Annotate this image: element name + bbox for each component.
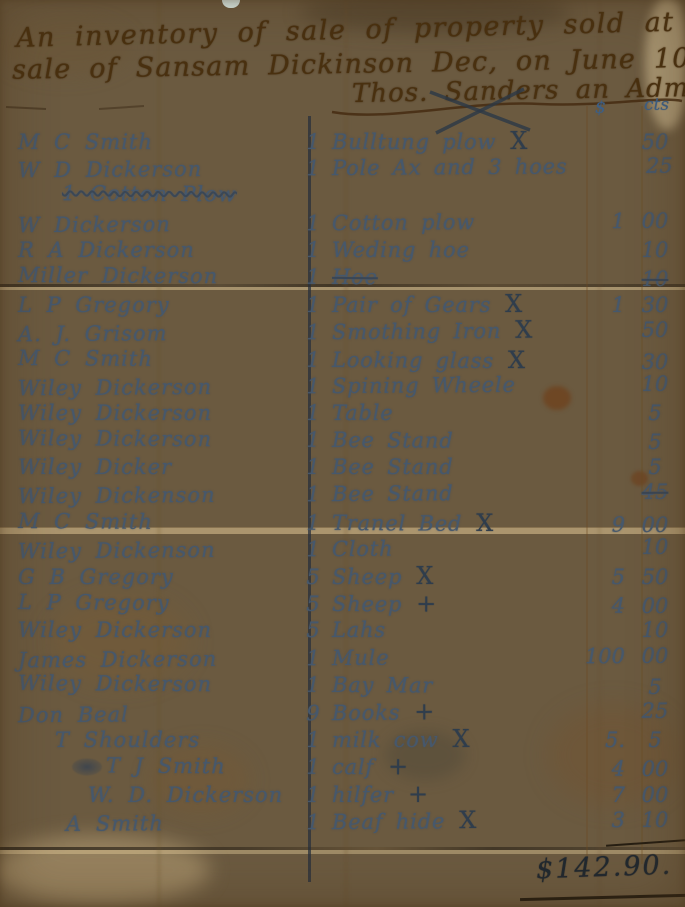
buyer-name-text: Don Beal (18, 702, 129, 727)
sold-mark: + (388, 754, 409, 780)
amount-dollars: 7 (577, 782, 625, 808)
margin-dash-marks (4, 98, 154, 114)
ledger-row: W. D. Dickerson 1 hilfer+ 7 00 (0, 781, 685, 808)
item-cell: Weding hoe (326, 237, 577, 263)
quantity: 1 (300, 292, 326, 318)
item-desc: Cotton plow (332, 210, 475, 235)
item-cell: Sheep+ (326, 590, 577, 619)
quantity: 5 (300, 591, 326, 617)
buyer-name: Don Beal (0, 700, 300, 728)
ledger-row: A Smith 1 Beaf hideX 3 10 (0, 805, 685, 837)
item-cell: Beaf hideX (326, 806, 577, 835)
buyer-name: Wiley Dickerson (0, 617, 300, 643)
ledger-row: W Dickerson 1 Cotton plow 1 00 (0, 207, 685, 239)
ledger-row: James Dickerson 1 Mule 100 00 (0, 642, 685, 674)
amount-cents: 5 (625, 727, 685, 753)
item-desc: Hoe (332, 265, 378, 289)
buyer-name: M C Smith (0, 129, 300, 155)
buyer-name-text: L P Gregory (18, 590, 170, 615)
amount-cents: 00 (625, 593, 685, 619)
buyer-name: Wiley Dickenson (0, 482, 300, 510)
amount-dollars: 4 (577, 593, 625, 619)
quantity: 1 (300, 400, 326, 426)
sold-mark: X (476, 509, 494, 535)
quantity: 1 (300, 509, 326, 535)
quantity: 1 (300, 129, 326, 155)
item-cell: SheepX (326, 563, 577, 590)
amount-dollars: 3 (577, 807, 625, 833)
sold-mark: X (505, 291, 523, 317)
buyer-name: Wiley Dickerson (0, 400, 300, 426)
buyer-name-text: Wiley Dickerson (18, 375, 212, 400)
ledger-row: Wiley Dickerson 1 Bay Mar 5 (0, 670, 685, 701)
buyer-name-text: Wiley Dickerson (18, 618, 212, 642)
quantity: 1 (300, 482, 326, 508)
sold-mark: X (510, 128, 528, 154)
buyer-name-text: Wiley Dickerson (18, 671, 212, 696)
buyer-name-text: T Shoulders (55, 728, 200, 752)
ledger-row: Wiley Dicker 1 Bee Stand 5 (0, 454, 685, 481)
sold-mark: X (416, 563, 434, 589)
amount-cents: 10 (625, 370, 685, 396)
buyer-name-text: W Dickerson (18, 212, 171, 237)
buyer-name-text: M C Smith (18, 346, 153, 371)
item-desc: Tranel Bed (332, 511, 462, 536)
ledger-row: L P Gregory 5 Sheep+ 4 00 (0, 588, 685, 619)
buyer-name-text: A Smith (66, 811, 164, 836)
cents-column-symbol: cts (644, 95, 669, 115)
ledger-row: R A Dickerson 1 Weding hoe 10 (0, 237, 685, 264)
quantity: 5 (300, 564, 326, 590)
amount-cents: 50 (625, 129, 685, 155)
buyer-name: T J Smith (0, 752, 300, 780)
buyer-name: L P Gregory (0, 589, 300, 617)
ledger-row: 1 Cotton Plow (0, 180, 685, 211)
item-desc: calf (332, 755, 374, 779)
item-cell (326, 182, 577, 210)
item-cell: Bee Stand (326, 427, 577, 455)
ledger-row: Wiley Dickerson 1 Spining Wheele 10 (0, 370, 685, 402)
buyer-name-text: Wiley Dickenson (18, 483, 216, 508)
ledger-row: M C Smith 1 Bulltung plowX 50 (0, 128, 685, 155)
amount-cents: 5 (625, 454, 685, 480)
item-desc: Pair of Gears (332, 293, 491, 317)
buyer-name-text: 1 Cotton Plow (62, 182, 237, 207)
quantity: 1 (300, 754, 326, 780)
buyer-name: T Shoulders (0, 727, 300, 753)
amount-cents: 10 (625, 806, 685, 832)
item-desc: Books (332, 701, 400, 725)
item-cell: Lahs (326, 617, 577, 643)
quantity: 1 (300, 427, 326, 453)
amount-cents: 10 (625, 533, 685, 559)
ledger-row: L P Gregory 1 Pair of GearsX 1 30 (0, 291, 685, 318)
buyer-name-text: Wiley Dickerson (18, 426, 212, 451)
buyer-name: L P Gregory (0, 292, 300, 318)
quantity: 1 (300, 210, 326, 236)
amount-cents: 00 (625, 642, 685, 668)
buyer-name: Wiley Dicker (0, 454, 300, 480)
buyer-name-text: W. D. Dickerson (88, 783, 283, 807)
item-desc: Bee Stand (332, 428, 454, 453)
item-desc: Sheep (332, 565, 402, 589)
dollars-column-symbol: $ (595, 98, 606, 118)
item-desc: Bee Stand (332, 482, 454, 507)
amount-cents: 30 (625, 292, 685, 318)
amount-dollars: 5 (577, 564, 625, 590)
sold-mark: X (508, 347, 526, 373)
ledger-row: G B Gregory 5 SheepX 5 50 (0, 563, 685, 590)
amount-cents: 5 (625, 400, 685, 426)
buyer-name-text: T J Smith (106, 754, 226, 779)
amount-cents: 10 (625, 237, 685, 263)
item-cell: Cloth (326, 534, 577, 562)
item-desc: Smothing Iron (332, 319, 501, 344)
item-cell: Hoe (326, 264, 577, 292)
stain (0, 835, 210, 905)
ledger-row: T Shoulders 1 milk cowX 5. 5 (0, 726, 685, 753)
total-underline (520, 894, 685, 901)
item-cell: Bee Stand (326, 480, 577, 508)
buyer-name-text: Wiley Dickenson (18, 538, 216, 563)
buyer-name: W. D. Dickerson (0, 782, 300, 808)
item-cell: Cotton plow (326, 208, 577, 236)
buyer-name: Wiley Dickenson (0, 536, 300, 564)
quantity: 1 (300, 671, 326, 697)
item-desc: Table (332, 401, 393, 425)
buyer-name: A Smith (0, 809, 300, 837)
amount-cents: 50 (625, 317, 685, 343)
item-desc: Bee Stand (332, 455, 453, 479)
amount-cents: 50 (625, 564, 685, 590)
buyer-name-text: Wiley Dickerson (18, 401, 212, 425)
total-top-line (606, 839, 685, 847)
buyer-name: W Dickerson (0, 210, 300, 238)
horizontal-fold-crease (0, 847, 685, 850)
quantity: 1 (300, 346, 326, 372)
ink-blot (72, 759, 102, 776)
scanned-document-page: An inventory of sale of property sold at… (0, 0, 685, 907)
item-cell: Looking glassX (326, 345, 577, 374)
quantity: 1 (300, 809, 326, 835)
item-desc: Beaf hide (332, 809, 445, 834)
item-cell: hilfer+ (326, 781, 577, 808)
item-cell: Table (326, 400, 577, 426)
buyer-name: Miller Dickerson (0, 262, 300, 290)
amount-dollars: 1 (577, 292, 625, 318)
quantity: 1 (300, 782, 326, 808)
quantity: 1 (300, 373, 326, 399)
amount-dollars: 1 (577, 208, 625, 234)
item-desc: Sheep (332, 592, 402, 616)
amount-cents: 25 (625, 698, 685, 724)
buyer-name: Wiley Dickerson (0, 373, 300, 401)
amount-cents: 10 (625, 617, 685, 643)
quantity: 1 (300, 155, 326, 181)
item-cell: Spining Wheele (326, 371, 577, 399)
sold-mark: + (416, 591, 437, 617)
amount-cents: 25 (629, 153, 685, 179)
item-cell: Bee Stand (326, 454, 577, 480)
amount-cents: 00 (625, 782, 685, 808)
buyer-name: M C Smith (0, 508, 300, 536)
ledger-row: Wiley Dickenson 1 Cloth 10 (0, 533, 685, 565)
item-desc: Spining Wheele (332, 372, 516, 397)
amount-cents: 45 (625, 479, 685, 505)
buyer-name-text: Miller Dickerson (18, 263, 218, 288)
sold-mark: X (453, 726, 471, 752)
item-cell: Bulltung plowX (326, 128, 577, 155)
buyer-name: Wiley Dickerson (0, 670, 300, 698)
quantity: 9 (300, 700, 326, 726)
ledger-row: M C Smith 1 Looking glassX 30 (0, 343, 685, 374)
amount-cents: 00 (625, 207, 685, 233)
item-cell: milk cowX (326, 726, 577, 753)
quantity: 1 (300, 237, 326, 263)
amount-cents: 10 (625, 266, 685, 292)
item-cell: Books+ (326, 697, 577, 726)
ledger-row: M C Smith 1 Tranel BedX 9 00 (0, 507, 685, 538)
item-desc: Weding hoe (332, 238, 470, 262)
buyer-name: James Dickerson (0, 645, 300, 673)
ledger-row: Miller Dickerson 1 Hoe 10 (0, 262, 685, 293)
item-cell: Bay Mar (326, 672, 577, 700)
quantity: 1 (300, 454, 326, 480)
ledger-row: Wiley Dickerson 5 Lahs 10 (0, 617, 685, 644)
item-cell: calf+ (326, 753, 577, 782)
ledger-row: T J Smith 1 calf+ 4 00 (0, 751, 685, 782)
buyer-name-text: Wiley Dicker (18, 455, 172, 479)
buyer-name: 1 Cotton Plow (0, 180, 300, 208)
ledger-row: Wiley Dickerson 1 Bee Stand 5 (0, 425, 685, 456)
quantity: 5 (300, 617, 326, 643)
buyer-name: R A Dickerson (0, 237, 300, 263)
amount-cents: 5 (625, 429, 685, 455)
sold-mark: + (408, 781, 429, 807)
item-desc: Bulltung plow (332, 130, 496, 154)
item-cell: Pole Ax and 3 hoes (326, 154, 582, 182)
ledger-row: Wiley Dickerson 1 Table 5 (0, 400, 685, 427)
sold-mark: + (414, 698, 435, 724)
buyer-name-text: M C Smith (18, 509, 153, 534)
item-desc: Mule (332, 645, 390, 669)
buyer-name-text: G B Gregory (18, 565, 174, 589)
item-cell: Pair of GearsX (326, 291, 577, 318)
item-desc: Looking glass (332, 347, 494, 372)
amount-dollars: 100 (577, 643, 625, 669)
amount-cents: 00 (625, 756, 685, 782)
quantity: 1 (300, 645, 326, 671)
item-desc: Cloth (332, 536, 394, 560)
buyer-name: M C Smith (0, 344, 300, 372)
amount-dollars: 5. (577, 727, 625, 753)
ledger-row: Don Beal 9 Books+ 25 (0, 697, 685, 729)
buyer-name-text: R A Dickerson (18, 238, 195, 262)
quantity: 1 (300, 264, 326, 290)
item-cell: Mule (326, 643, 577, 671)
total-amount: $142.90. (536, 850, 673, 886)
ledger-rows: M C Smith 1 Bulltung plowX 50 W D Dicker… (0, 128, 685, 835)
buyer-name-text: James Dickerson (18, 646, 217, 671)
buyer-name-text: M C Smith (18, 130, 153, 154)
ledger-row: A. J. Grisom 1 Smothing IronX 50 (0, 316, 685, 348)
quantity: 1 (300, 536, 326, 562)
item-desc: Bay Mar (332, 673, 433, 698)
quantity: 1 (300, 319, 326, 345)
item-desc: Lahs (332, 618, 386, 642)
buyer-name-text: A. J. Grisom (18, 322, 168, 347)
buyer-name-text: L P Gregory (18, 293, 170, 317)
sold-mark: X (515, 317, 533, 343)
amount-dollars: 4 (577, 756, 625, 782)
ledger-row: Wiley Dickenson 1 Bee Stand 45 (0, 479, 685, 511)
item-desc: milk cow (332, 728, 439, 752)
tear-highlight (222, 0, 240, 8)
item-desc: Pole Ax and 3 hoes (332, 155, 568, 181)
item-desc: hilfer (332, 783, 394, 807)
buyer-name: Wiley Dickerson (0, 425, 300, 453)
buyer-name: G B Gregory (0, 564, 300, 590)
item-cell: Tranel BedX (326, 509, 577, 538)
sold-mark: X (459, 807, 477, 833)
item-cell: Smothing IronX (326, 317, 577, 346)
quantity: 1 (300, 727, 326, 753)
buyer-name-text: W D Dickerson (18, 157, 202, 182)
